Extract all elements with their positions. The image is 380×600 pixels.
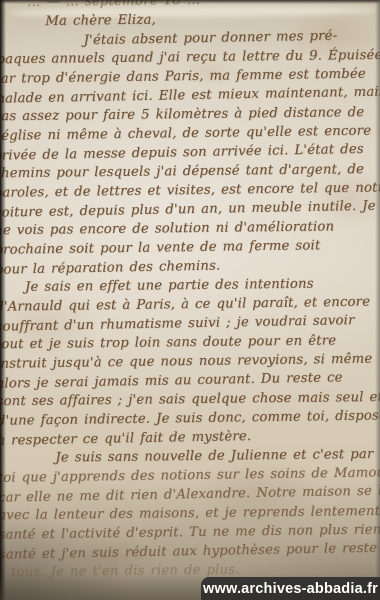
manuscript-photo: … — … septembre 18 … Ma chère Eliza, J'é… (0, 0, 380, 600)
watermark-bar: www.archives-abbadia.fr (201, 577, 380, 600)
photo-left-edge-shadow (0, 0, 6, 600)
letter-line: Je sais en effet une partie des intentio… (25, 274, 380, 297)
watermark-url: www.archives-abbadia.fr (203, 581, 378, 597)
photo-top-edge-shadow (0, 0, 380, 4)
photo-right-edge-shadow (375, 0, 380, 600)
letter-body: … — … septembre 18 … Ma chère Eliza, J'é… (0, 0, 380, 583)
